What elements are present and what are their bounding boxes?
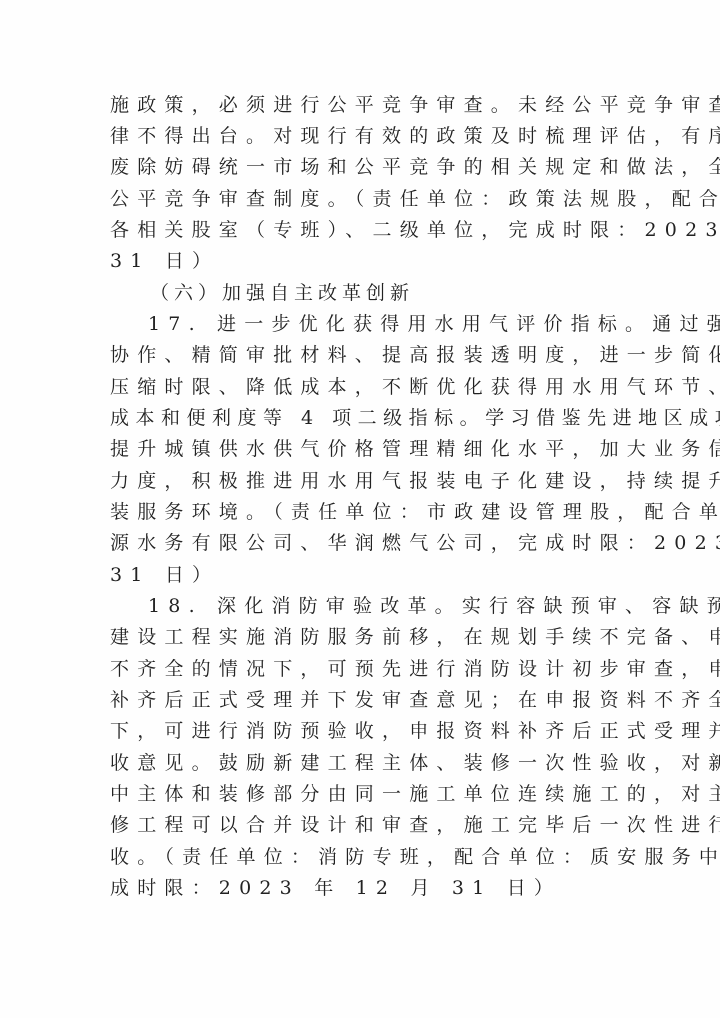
paragraph-18-line-10: 成时限：2023 年 12 月 31 日） bbox=[110, 873, 630, 904]
paragraph-18-line-1: 18. 深化消防审验改革。实行容缺预审、容缺预验，对 bbox=[148, 591, 668, 622]
paragraph-17-line-9: 31 日） bbox=[110, 560, 630, 591]
paragraph-17-line-4: 成本和便利度等 4 项二级指标。学习借鉴先进地区成功经验， bbox=[110, 403, 630, 434]
paragraph-16-line-5: 各相关股室（专班）、二级单位，完成时限：2023 年 12 月 bbox=[110, 215, 630, 246]
paragraph-18-line-7: 中主体和装修部分由同一施工单位连续施工的，对主体和装 bbox=[110, 779, 630, 810]
paragraph-16-line-2: 律不得出台。对现行有效的政策及时梳理评估，有序清理和 bbox=[110, 121, 630, 152]
paragraph-18-line-8: 修工程可以合并设计和审查，施工完毕后一次性进行消防验 bbox=[110, 810, 630, 841]
paragraph-18-line-5: 下，可进行消防预验收，申报资料补齐后正式受理并下发验 bbox=[110, 716, 630, 747]
paragraph-17-line-3: 压缩时限、降低成本，不断优化获得用水用气环节、时间、 bbox=[110, 372, 630, 403]
paragraph-17-line-7: 装服务环境。（责任单位：市政建设管理股，配合单位：嘉 bbox=[110, 497, 630, 528]
paragraph-16-line-6: 31 日） bbox=[110, 246, 630, 277]
paragraph-16-line-4: 公平竞争审查制度。（责任单位：政策法规股，配合单位： bbox=[110, 184, 630, 215]
paragraph-17-line-1: 17. 进一步优化获得用水用气评价指标。通过强化部门 bbox=[148, 309, 668, 340]
paragraph-16-line-3: 废除妨碍统一市场和公平竞争的相关规定和做法，全面落实 bbox=[110, 152, 630, 183]
paragraph-18-line-2: 建设工程实施消防服务前移，在规划手续不完备、申报资料 bbox=[110, 622, 630, 653]
document-page: 施政策，必须进行公平竞争审查。未经公平竞争审查的，一 律不得出台。对现行有效的政… bbox=[0, 0, 720, 1018]
paragraph-18-line-4: 补齐后正式受理并下发审查意见；在申报资料不齐全的情况 bbox=[110, 685, 630, 716]
paragraph-17-line-8: 源水务有限公司、华润燃气公司，完成时限：2023 年 12 月 bbox=[110, 528, 630, 559]
paragraph-18-line-9: 收。（责任单位：消防专班，配合单位：质安服务中心，完 bbox=[110, 842, 630, 873]
paragraph-16-line-1: 施政策，必须进行公平竞争审查。未经公平竞争审查的，一 bbox=[110, 90, 630, 121]
paragraph-18-line-6: 收意见。鼓励新建工程主体、装修一次性验收，对新建工程 bbox=[110, 748, 630, 779]
paragraph-17-line-6: 力度，积极推进用水用气报装电子化建设，持续提升用能报 bbox=[110, 466, 630, 497]
paragraph-17-line-5: 提升城镇供水供气价格管理精细化水平，加大业务信息共享 bbox=[110, 434, 630, 465]
section-heading-6: （六）加强自主改革创新 bbox=[150, 278, 670, 309]
paragraph-17-line-2: 协作、精简审批材料、提高报装透明度，进一步简化环节、 bbox=[110, 340, 630, 371]
paragraph-18-line-3: 不齐全的情况下，可预先进行消防设计初步审查，申报资料 bbox=[110, 654, 630, 685]
